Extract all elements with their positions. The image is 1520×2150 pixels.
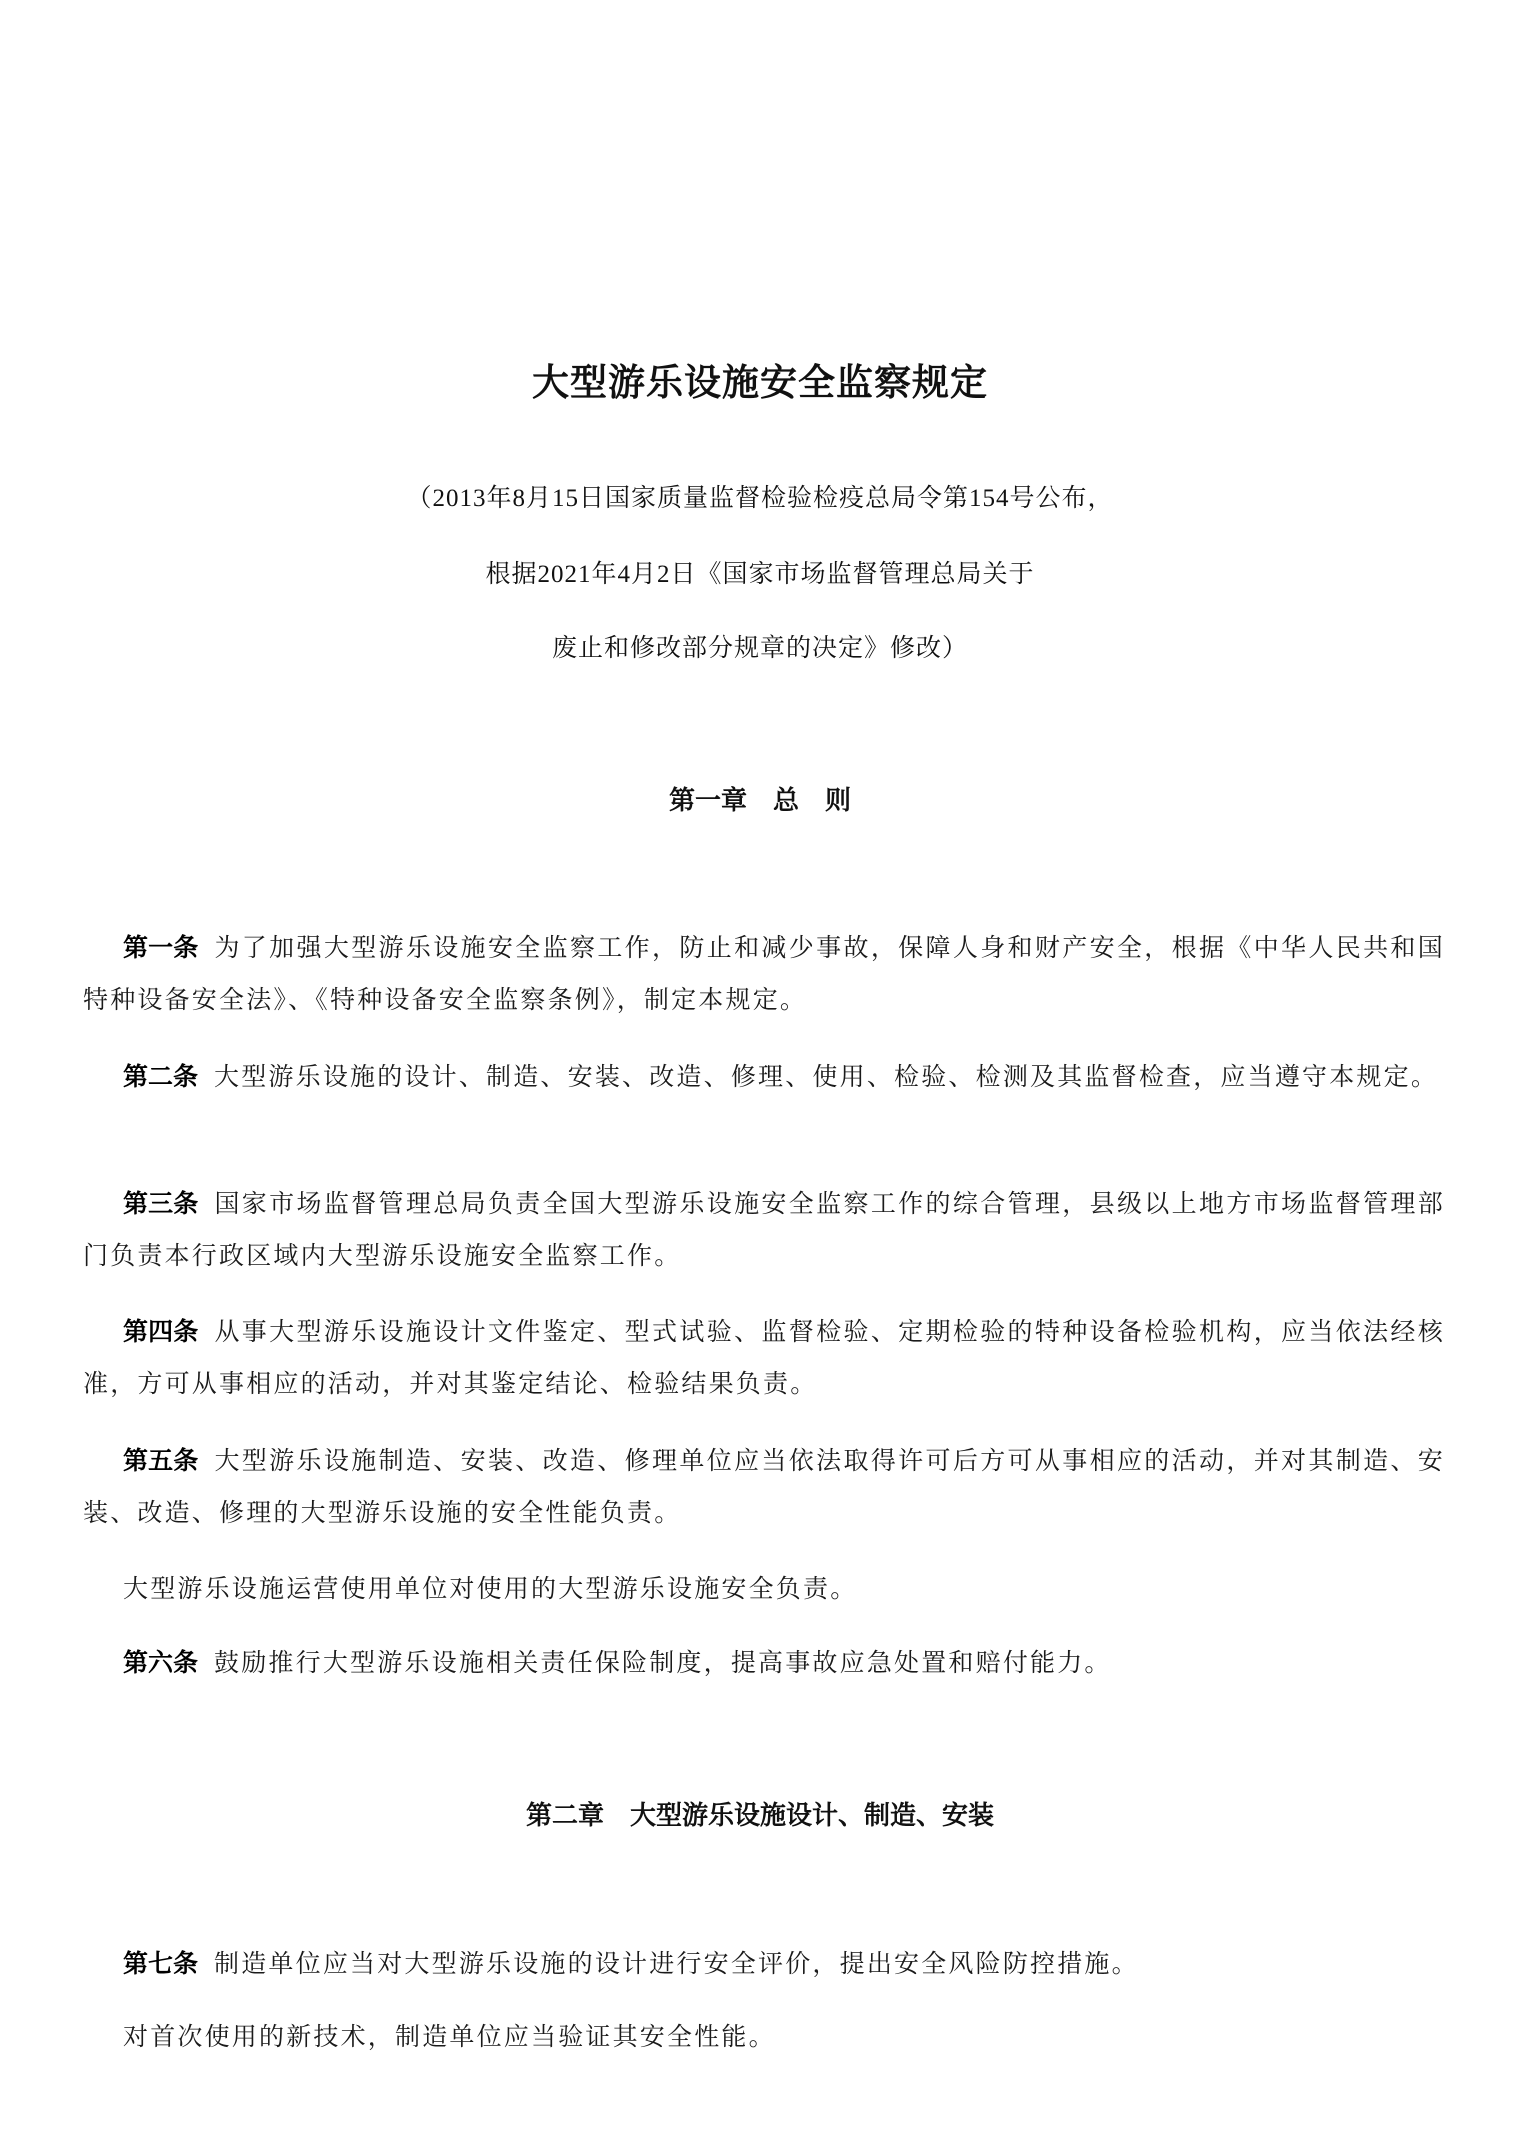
- article-number: 第一条: [123, 933, 198, 962]
- article-6: 第六条鼓励推行大型游乐设施相关责任保险制度，提高事故应急处置和赔付能力。: [83, 1637, 1445, 1689]
- article-number: 第六条: [123, 1648, 198, 1677]
- document-page: 大型游乐设施安全监察规定 （2013年8月15日国家质量监督检验检疫总局令第15…: [0, 0, 1520, 2150]
- subtitle-line-1: （2013年8月15日国家质量监督检验检疫总局令第154号公布，: [0, 478, 1520, 514]
- article-text: 为了加强大型游乐设施安全监察工作，防止和减少事故，保障人身和财产安全，根据《中华…: [83, 933, 1445, 1014]
- article-text: 鼓励推行大型游乐设施相关责任保险制度，提高事故应急处置和赔付能力。: [214, 1648, 1112, 1677]
- article-1: 第一条为了加强大型游乐设施安全监察工作，防止和减少事故，保障人身和财产安全，根据…: [83, 922, 1445, 1026]
- article-3: 第三条国家市场监督管理总局负责全国大型游乐设施安全监察工作的综合管理，县级以上地…: [83, 1178, 1445, 1282]
- article-number: 第三条: [123, 1189, 198, 1218]
- article-text: 制造单位应当对大型游乐设施的设计进行安全评价，提出安全风险防控措施。: [214, 1949, 1139, 1978]
- article-text: 大型游乐设施的设计、制造、安装、改造、修理、使用、检验、检测及其监督检查，应当遵…: [214, 1062, 1438, 1091]
- document-title: 大型游乐设施安全监察规定: [0, 352, 1520, 406]
- paragraph-text: 大型游乐设施运营使用单位对使用的大型游乐设施安全负责。: [123, 1574, 857, 1603]
- article-text: 从事大型游乐设施设计文件鉴定、型式试验、监督检验、定期检验的特种设备检验机构，应…: [83, 1317, 1445, 1398]
- chapter-heading-2: 第二章 大型游乐设施设计、制造、安装: [0, 1795, 1520, 1832]
- paragraph-text: 对首次使用的新技术，制造单位应当验证其安全性能。: [123, 2022, 776, 2051]
- article-text: 大型游乐设施制造、安装、改造、修理单位应当依法取得许可后方可从事相应的活动，并对…: [83, 1446, 1445, 1527]
- article-number: 第四条: [123, 1317, 198, 1346]
- subtitle-line-3: 废止和修改部分规章的决定》修改）: [0, 628, 1520, 664]
- article-text: 国家市场监督管理总局负责全国大型游乐设施安全监察工作的综合管理，县级以上地方市场…: [83, 1189, 1445, 1270]
- article-7-paragraph-2: 对首次使用的新技术，制造单位应当验证其安全性能。: [83, 2011, 1445, 2063]
- article-5-paragraph-2: 大型游乐设施运营使用单位对使用的大型游乐设施安全负责。: [83, 1563, 1445, 1615]
- article-number: 第五条: [123, 1446, 198, 1475]
- chapter-heading-1: 第一章 总 则: [0, 780, 1520, 817]
- article-2: 第二条大型游乐设施的设计、制造、安装、改造、修理、使用、检验、检测及其监督检查，…: [83, 1051, 1445, 1103]
- article-number: 第七条: [123, 1949, 198, 1978]
- subtitle-line-2: 根据2021年4月2日《国家市场监督管理总局关于: [0, 554, 1520, 590]
- article-4: 第四条从事大型游乐设施设计文件鉴定、型式试验、监督检验、定期检验的特种设备检验机…: [83, 1306, 1445, 1410]
- article-5: 第五条大型游乐设施制造、安装、改造、修理单位应当依法取得许可后方可从事相应的活动…: [83, 1435, 1445, 1539]
- article-7: 第七条制造单位应当对大型游乐设施的设计进行安全评价，提出安全风险防控措施。: [83, 1938, 1445, 1990]
- article-number: 第二条: [123, 1062, 198, 1091]
